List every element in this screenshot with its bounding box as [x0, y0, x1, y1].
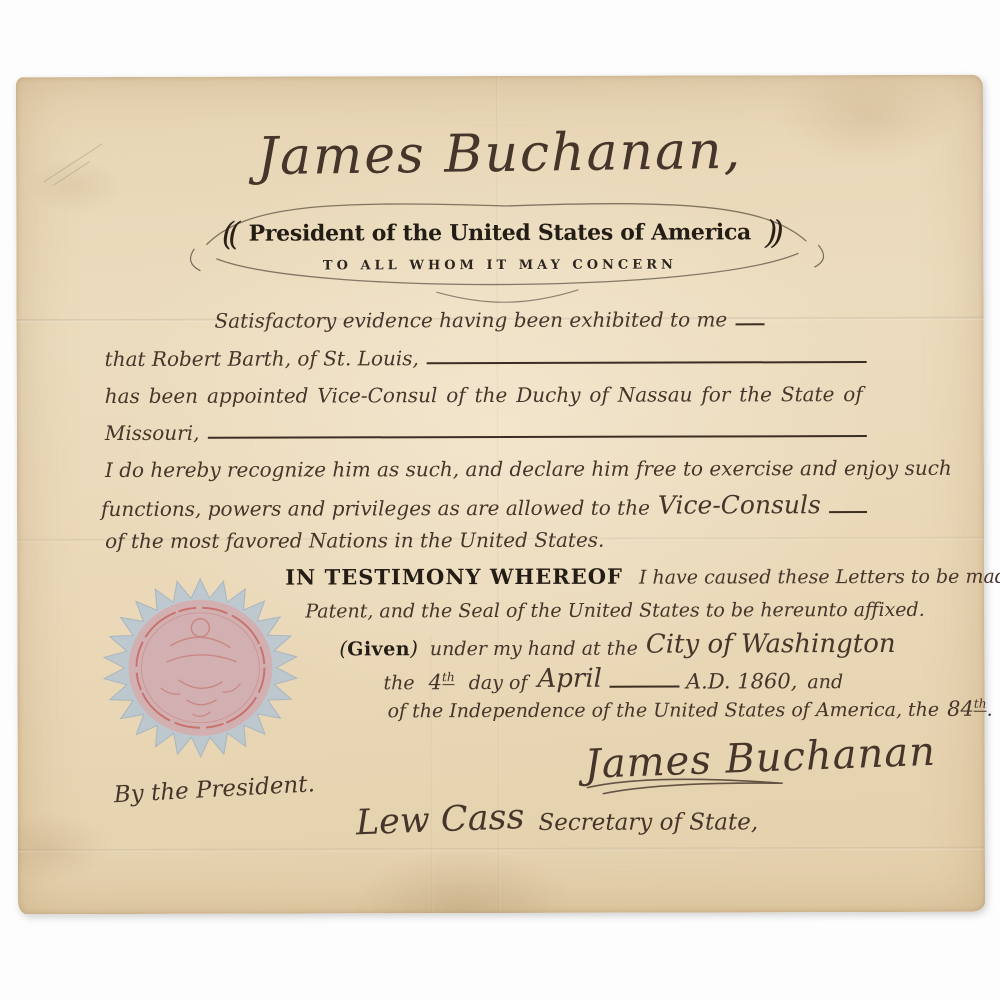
testimony-text: Patent, and the Seal of the United State… — [305, 599, 897, 623]
date-month: April — [527, 664, 602, 694]
secretary-title: Secretary of State, — [524, 809, 758, 836]
document-page: James Buchanan, ((President of the Unite… — [16, 75, 985, 915]
president-signature: James Buchanan — [584, 729, 937, 788]
body-text-office: Vice-Consuls — [650, 490, 821, 519]
independence-text: . — [987, 699, 993, 721]
fill-rule — [829, 511, 867, 513]
date-text: and — [801, 671, 843, 693]
banner-title: President of the United States of Americ… — [235, 219, 765, 246]
testimony-line: Patent, and the Seal of the United State… — [305, 599, 897, 623]
banner: ((President of the United States of Amer… — [16, 213, 983, 254]
independence-number: 84th — [939, 697, 987, 721]
fill-rule — [735, 323, 764, 325]
body-text-appointee: that Robert Barth, of St. Louis, — [105, 346, 419, 371]
salutation-line: TO ALL WHOM IT MAY CONCERN — [16, 257, 983, 275]
date-line: the 4th day of April A.D. 1860, and — [383, 663, 883, 694]
date-text: day of — [455, 672, 528, 694]
date-day: 4th — [415, 670, 455, 694]
body-text: functions, powers and privileges as are … — [101, 496, 650, 521]
body-text: has been appointed Vice-Consul of the Du… — [105, 382, 863, 408]
banner-left-flourish: (( — [222, 215, 235, 253]
body-line: functions, powers and privileges as are … — [101, 490, 869, 521]
date-year: A.D. 1860, — [682, 669, 801, 693]
body-line: I do hereby recognize him as such, and d… — [105, 456, 863, 482]
us-seal-wafer — [100, 576, 300, 762]
body-line: Satisfactory evidence having been exhibi… — [105, 307, 767, 333]
body-line: Missouri, — [105, 419, 869, 445]
scanned-document-photo: James Buchanan, ((President of the Unite… — [0, 0, 1000, 1000]
independence-text: of the Independence of the United States… — [388, 699, 940, 722]
testimony-text: I have caused these Letters to be made — [623, 566, 1000, 589]
given-line: ( Given ) under my hand at the City of W… — [339, 629, 909, 660]
body-line: of the most favored Nations in the Unite… — [105, 528, 665, 553]
independence-line: of the Independence of the United States… — [388, 697, 918, 722]
secretary-line: Lew Cass Secretary of State, — [356, 799, 826, 840]
fill-rule — [207, 435, 866, 439]
president-name-title: James Buchanan, — [16, 118, 984, 191]
body-text-state: Missouri, — [105, 421, 200, 445]
secretary-signature: Lew Cass — [355, 797, 525, 843]
fill-rule — [610, 686, 680, 688]
testimony-heading-line: IN TESTIMONY WHEREOF I have caused these… — [285, 563, 907, 590]
testimony-text: under my hand at the — [418, 638, 646, 661]
given-word: Given — [347, 638, 410, 660]
body-text: I do hereby recognize him as such, and d… — [105, 456, 863, 482]
seal-eagle-emboss — [160, 619, 240, 717]
place-name: City of Washington — [646, 629, 896, 660]
body-text: of the most favored Nations in the Unite… — [105, 528, 604, 553]
in-testimony-whereof-heading: IN TESTIMONY WHEREOF — [285, 564, 623, 590]
date-text: the — [383, 672, 414, 694]
by-the-president-line: By the President. — [113, 771, 315, 808]
fold-crease-horizontal — [18, 847, 985, 853]
fill-rule — [427, 361, 867, 364]
body-line: has been appointed Vice-Consul of the Du… — [105, 382, 863, 408]
banner-right-flourish: )) — [765, 213, 778, 251]
body-line: that Robert Barth, of St. Louis, — [105, 345, 869, 371]
body-text: Satisfactory evidence having been exhibi… — [105, 307, 728, 333]
